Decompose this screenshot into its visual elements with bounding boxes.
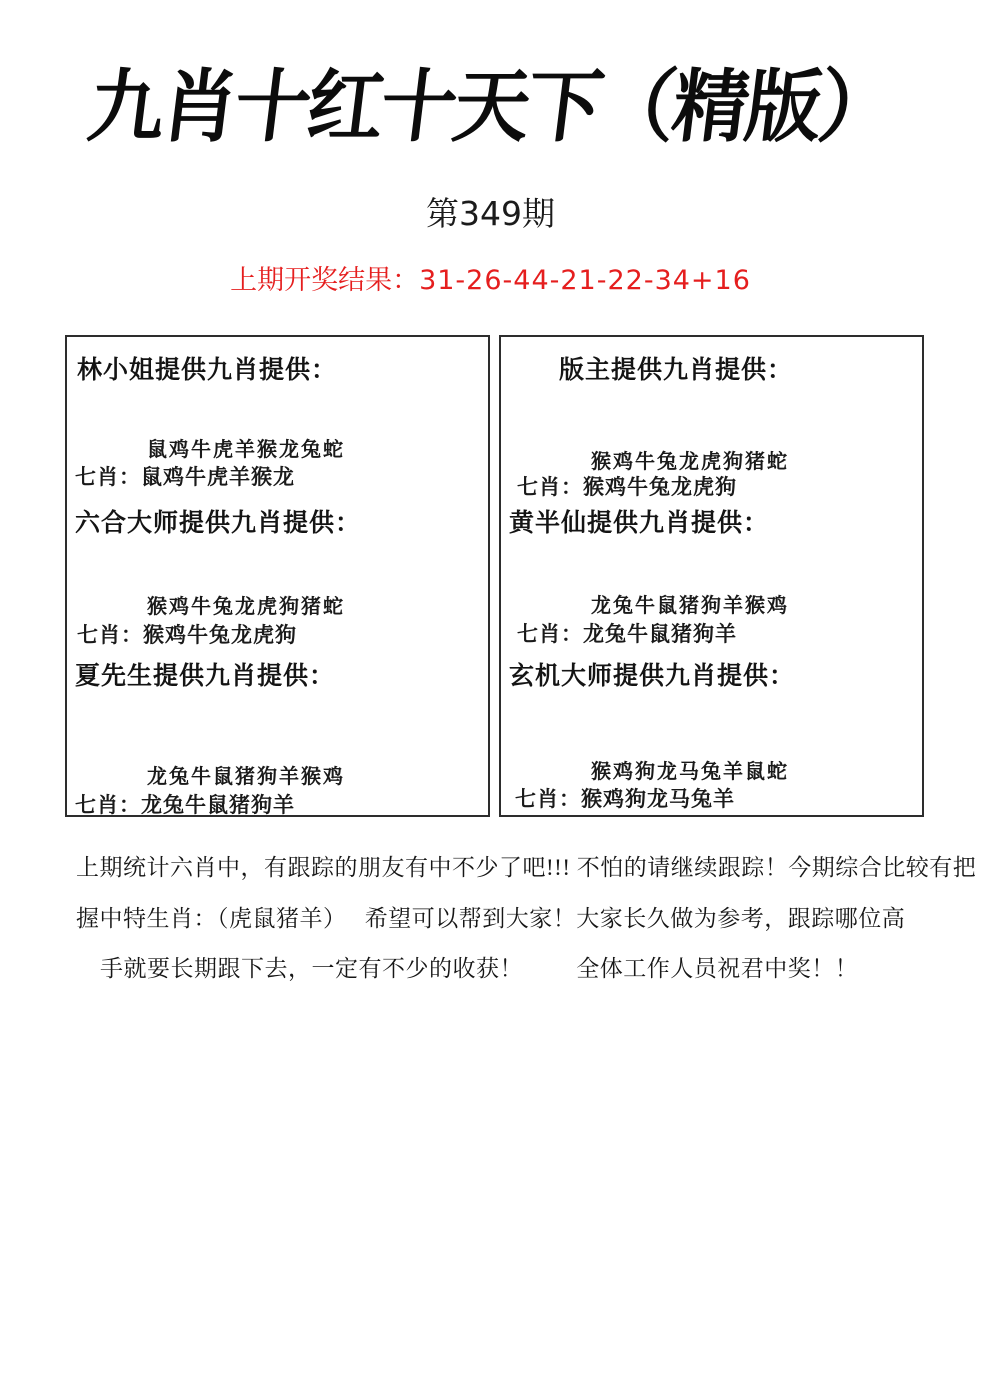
tipster-heading: 玄机大师提供九肖提供：	[509, 656, 795, 692]
footer-note-line-2: 握中特生肖：（虎鼠猪羊） 希望可以帮到大家！大家长久做为参考，跟踪哪位高	[76, 900, 905, 933]
seven-zodiac-line: 七肖：猴鸡狗龙马兔羊	[515, 783, 735, 813]
nine-zodiac-line: 鼠鸡牛虎羊猴龙兔蛇	[147, 433, 345, 462]
predictions-panel-right: 版主提供九肖提供： 猴鸡牛兔龙虎狗猪蛇 七肖：猴鸡牛兔龙虎狗 黄半仙提供九肖提供…	[499, 335, 924, 817]
issue-number: 第349期	[0, 188, 981, 235]
seven-zodiac-line: 七肖：龙兔牛鼠猪狗羊	[517, 618, 737, 648]
tip-sheet-page: 九肖十红十天下（精版） 第349期 上期开奖结果：31-26-44-21-22-…	[0, 0, 981, 1388]
footer-note-line-3: 手就要长期跟下去，一定有不少的收获！ 全体工作人员祝君中奖！！	[100, 950, 858, 983]
nine-zodiac-line: 龙兔牛鼠猪狗羊猴鸡	[147, 760, 345, 789]
last-result-label: 上期开奖结果：	[230, 265, 419, 296]
nine-zodiac-line: 猴鸡牛兔龙虎狗猪蛇	[147, 590, 345, 619]
tipster-heading: 六合大师提供九肖提供：	[75, 503, 361, 539]
tipster-heading: 黄半仙提供九肖提供：	[509, 503, 769, 539]
predictions-panel-left: 林小姐提供九肖提供： 鼠鸡牛虎羊猴龙兔蛇 七肖：鼠鸡牛虎羊猴龙 六合大师提供九肖…	[65, 335, 490, 817]
tipster-heading: 林小姐提供九肖提供：	[77, 350, 337, 386]
seven-zodiac-line: 七肖：龙兔牛鼠猪狗羊	[75, 789, 295, 819]
last-result-numbers: 31-26-44-21-22-34+16	[419, 265, 751, 296]
seven-zodiac-line: 七肖：猴鸡牛兔龙虎狗	[517, 471, 737, 501]
tipster-heading: 版主提供九肖提供：	[559, 350, 793, 386]
footer-note-line-1: 上期统计六肖中，有跟踪的朋友有中不少了吧!!! 不怕的请继续跟踪！今期综合比较有…	[76, 849, 976, 882]
page-title: 九肖十红十天下（精版）	[0, 50, 981, 164]
seven-zodiac-line: 七肖：鼠鸡牛虎羊猴龙	[75, 461, 295, 491]
nine-zodiac-line: 猴鸡狗龙马兔羊鼠蛇	[591, 755, 789, 784]
seven-zodiac-line: 七肖：猴鸡牛兔龙虎狗	[77, 619, 297, 649]
nine-zodiac-line: 龙兔牛鼠猪狗羊猴鸡	[591, 589, 789, 618]
tipster-heading: 夏先生提供九肖提供：	[75, 656, 335, 692]
nine-zodiac-line: 猴鸡牛兔龙虎狗猪蛇	[591, 445, 789, 474]
last-result-line: 上期开奖结果：31-26-44-21-22-34+16	[0, 258, 981, 297]
